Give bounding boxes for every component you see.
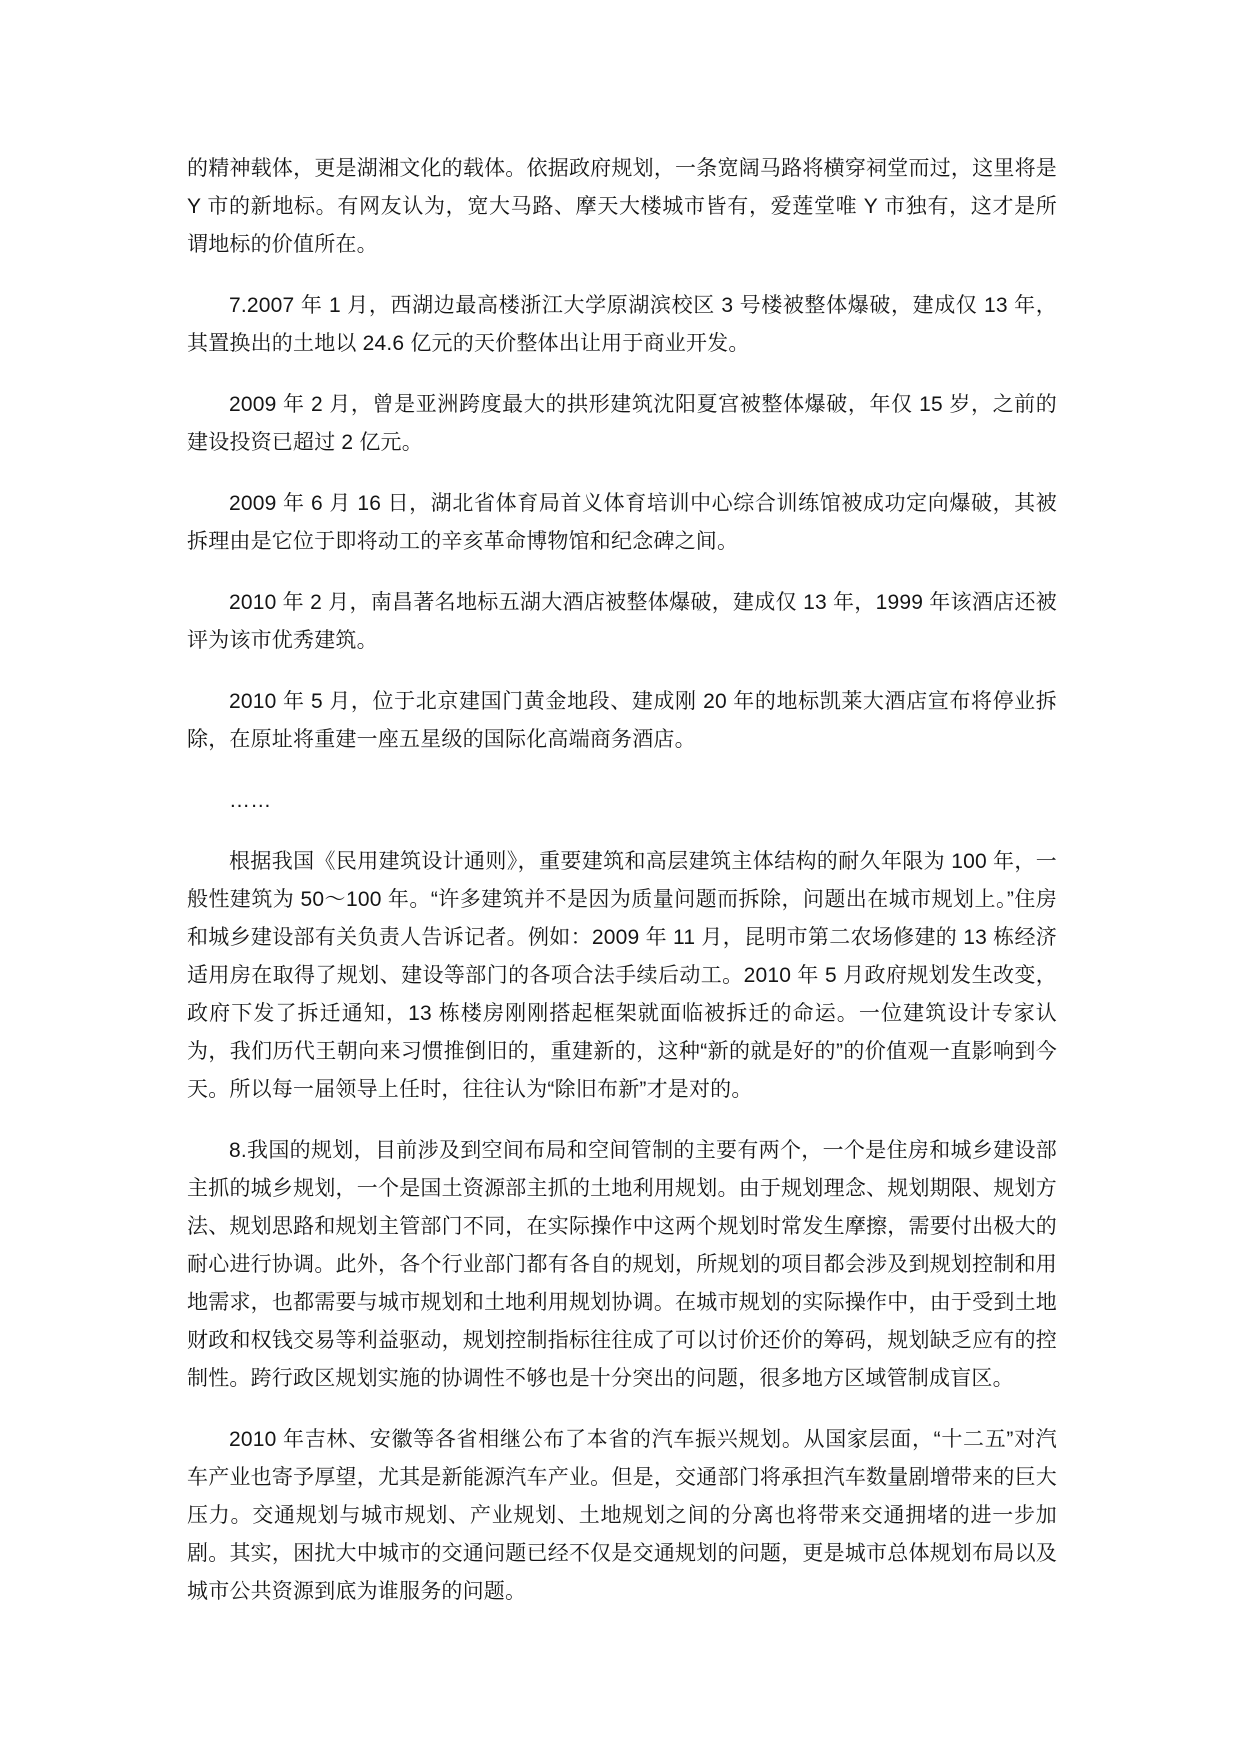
paragraph-ellipsis: …… [187,782,1057,820]
paragraph-2009-jun: 2009 年 6 月 16 日，湖北省体育局首义体育培训中心综合训练馆被成功定向… [187,485,1057,561]
paragraph-continuation: 的精神载体，更是湖湘文化的载体。依据政府规划，一条宽阔马路将横穿祠堂而过，这里将… [187,150,1057,264]
paragraph-2009-feb: 2009 年 2 月，曾是亚洲跨度最大的拱形建筑沈阳夏宫被整体爆破，年仅 15 … [187,386,1057,462]
paragraph-2010-auto-plans: 2010 年吉林、安徽等各省相继公布了本省的汽车振兴规划。从国家层面，“十二五”… [187,1421,1057,1611]
paragraph-item-8: 8.我国的规划，目前涉及到空间布局和空间管制的主要有两个，一个是住房和城乡建设部… [187,1132,1057,1398]
paragraph-2010-feb: 2010 年 2 月，南昌著名地标五湖大酒店被整体爆破，建成仅 13 年，199… [187,584,1057,660]
document-page: 的精神载体，更是湖湘文化的载体。依据政府规划，一条宽阔马路将横穿祠堂而过，这里将… [0,0,1240,1754]
paragraph-2010-may: 2010 年 5 月，位于北京建国门黄金地段、建成刚 20 年的地标凯莱大酒店宣… [187,683,1057,759]
paragraph-item-7: 7.2007 年 1 月，西湖边最高楼浙江大学原湖滨校区 3 号楼被整体爆破，建… [187,287,1057,363]
paragraph-design-code: 根据我国《民用建筑设计通则》，重要建筑和高层建筑主体结构的耐久年限为 100 年… [187,843,1057,1109]
